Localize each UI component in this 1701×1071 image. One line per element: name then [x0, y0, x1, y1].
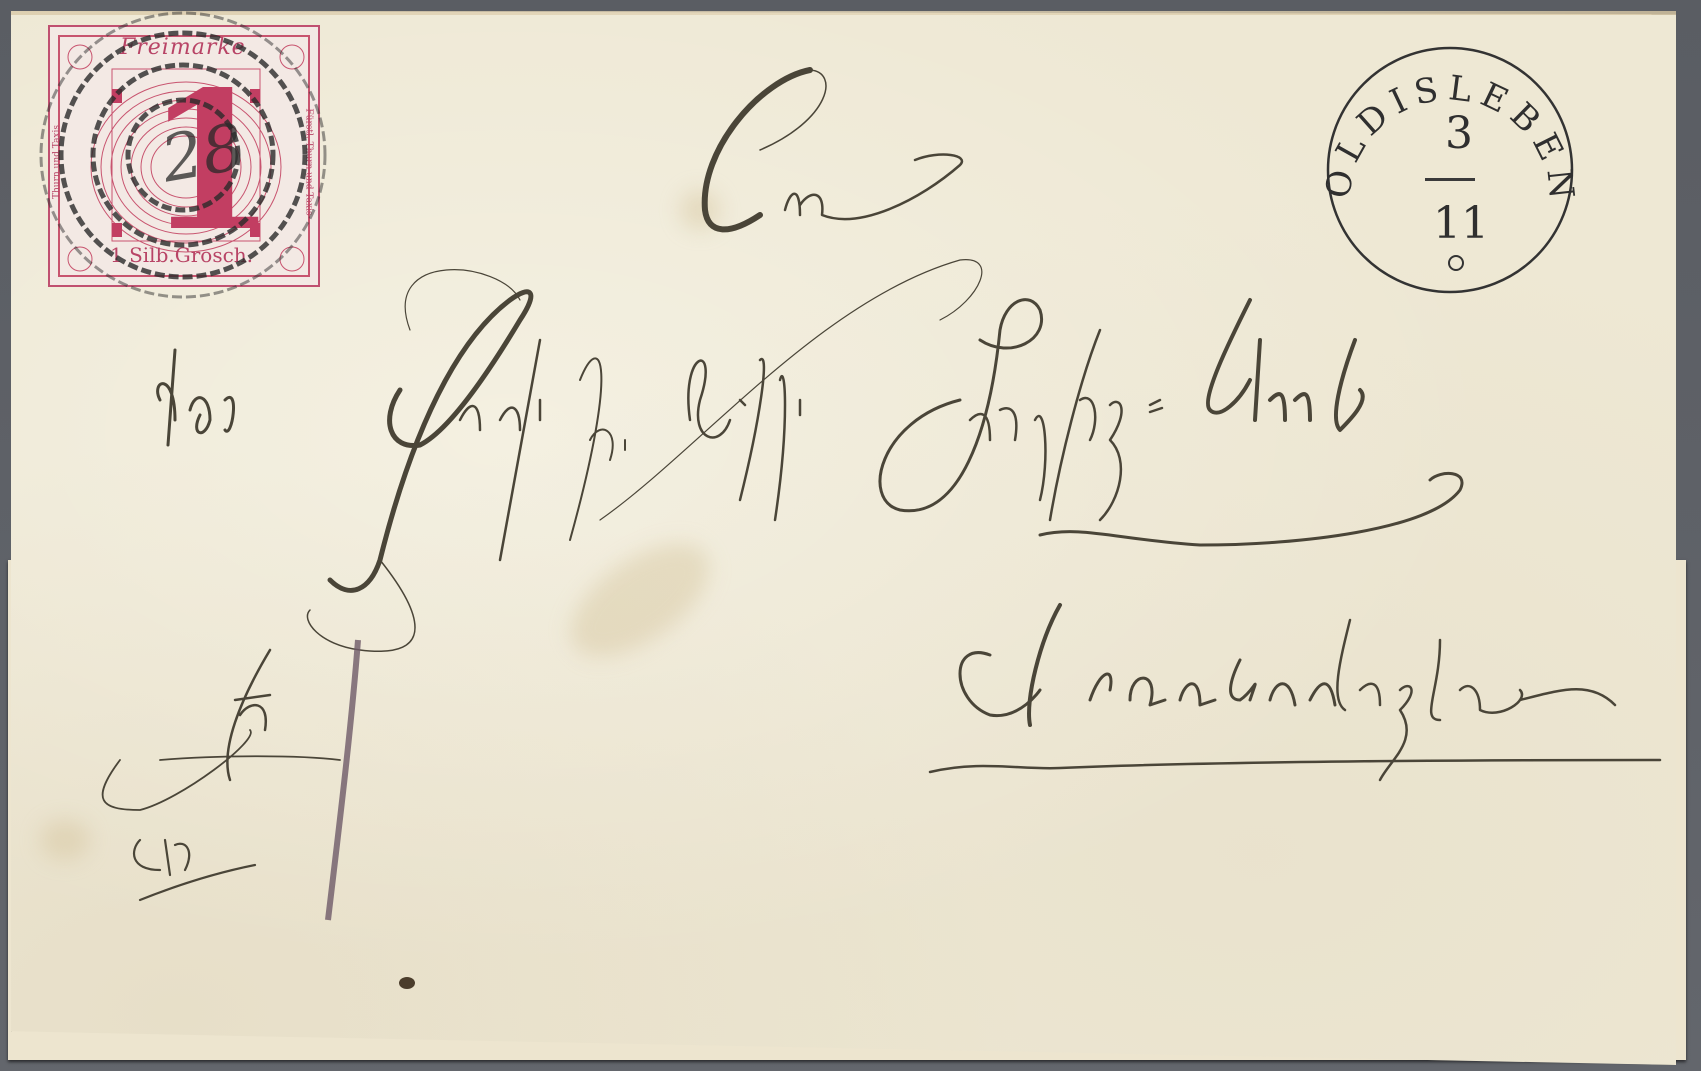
postmark-date-separator	[1425, 178, 1475, 181]
postmark-circle-ornament	[1448, 255, 1464, 271]
stain	[680, 190, 720, 230]
stain	[40, 820, 90, 860]
postmark-day: 3	[1445, 108, 1473, 159]
stamp-right-label: Fürstl. Thurn und Taxis	[304, 108, 314, 215]
stamp-left-label: Thurn und Taxis	[52, 125, 62, 199]
stamp-bottom-label: 1 Silb.Grosch.	[110, 243, 253, 267]
postage-stamp: Freimarke 1 Thurn und Taxis Fürstl. Thur…	[48, 25, 320, 287]
cover-top-edge	[11, 11, 1676, 15]
numeral-cancel-number: 28	[156, 110, 249, 197]
postmark-month: 11	[1433, 198, 1489, 249]
